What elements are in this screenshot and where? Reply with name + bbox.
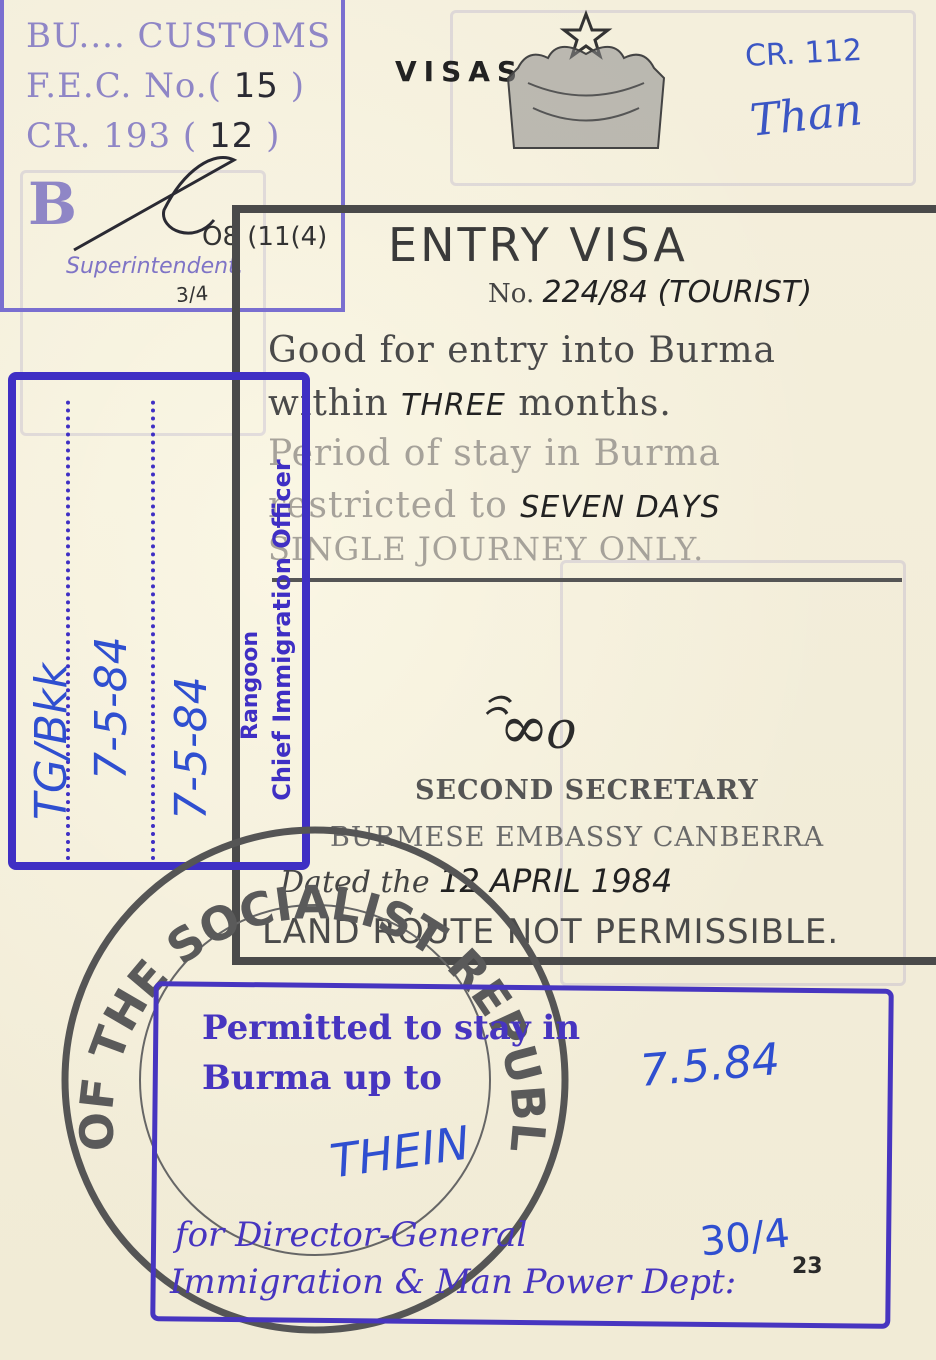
customs-title: BU.... CUSTOMS — [26, 16, 331, 56]
visa-entry-window: within THREE months. — [268, 383, 672, 424]
visa-title: ENTRY VISA — [388, 218, 688, 272]
stay-limit-value: SEVEN DAYS — [520, 490, 720, 525]
state-emblem-icon — [488, 8, 684, 158]
permit-line-1: Permitted to stay in — [202, 1008, 580, 1048]
page-number: 23 — [792, 1254, 823, 1279]
fec-number-value: 15 — [234, 66, 279, 106]
secretary-signature: ꩰ∞ᦞ — [505, 690, 567, 778]
dotted-line — [151, 400, 155, 860]
visa-validity-line: Good for entry into Burma — [268, 330, 776, 371]
divider — [272, 578, 902, 582]
arrival-place: Rangoon — [238, 631, 263, 740]
arrival-officer-sign: 7-5-84 — [166, 676, 217, 820]
visa-stay-limit: restricted to SEVEN DAYS — [268, 485, 721, 526]
passport-page: BU.... CUSTOMS F.E.C. No.( 15 ) CR. 193 … — [0, 0, 936, 1360]
visa-journey-type: SINGLE JOURNEY ONLY. — [268, 530, 704, 568]
handwritten-cr-note: CR. 112 — [744, 33, 863, 74]
permit-line-2: Burma up to — [202, 1058, 442, 1098]
customs-handwritten-date: 3/4 — [175, 281, 209, 307]
permit-line-3: for Director-General — [175, 1215, 527, 1255]
arrival-office: Chief Immigration Officer — [268, 390, 296, 870]
visa-number: No. 224/84 (TOURIST) — [488, 275, 812, 310]
arrival-date: 7-5-84 — [86, 636, 137, 780]
visa-number-value: 224/84 (TOURIST) — [542, 275, 811, 310]
entry-window-value: THREE — [401, 388, 506, 423]
permit-handwritten-note: 30/4 — [698, 1210, 792, 1265]
arrival-flight-ref: TG/Bkk — [26, 663, 77, 820]
customs-signature-icon — [64, 150, 254, 260]
visa-stay-line: Period of stay in Burma — [268, 433, 721, 474]
permit-line-4: Immigration & Man Power Dept: — [170, 1262, 736, 1302]
fec-number: F.E.C. No.( 15 ) — [26, 66, 305, 106]
signatory-title: SECOND SECRETARY — [415, 775, 759, 806]
arrival-stamp-content: TG/Bkk 7-5-84 7-5-84 Rangoon Chief Immig… — [26, 400, 306, 860]
arrival-stamp: TG/Bkk 7-5-84 7-5-84 Rangoon Chief Immig… — [8, 372, 310, 870]
